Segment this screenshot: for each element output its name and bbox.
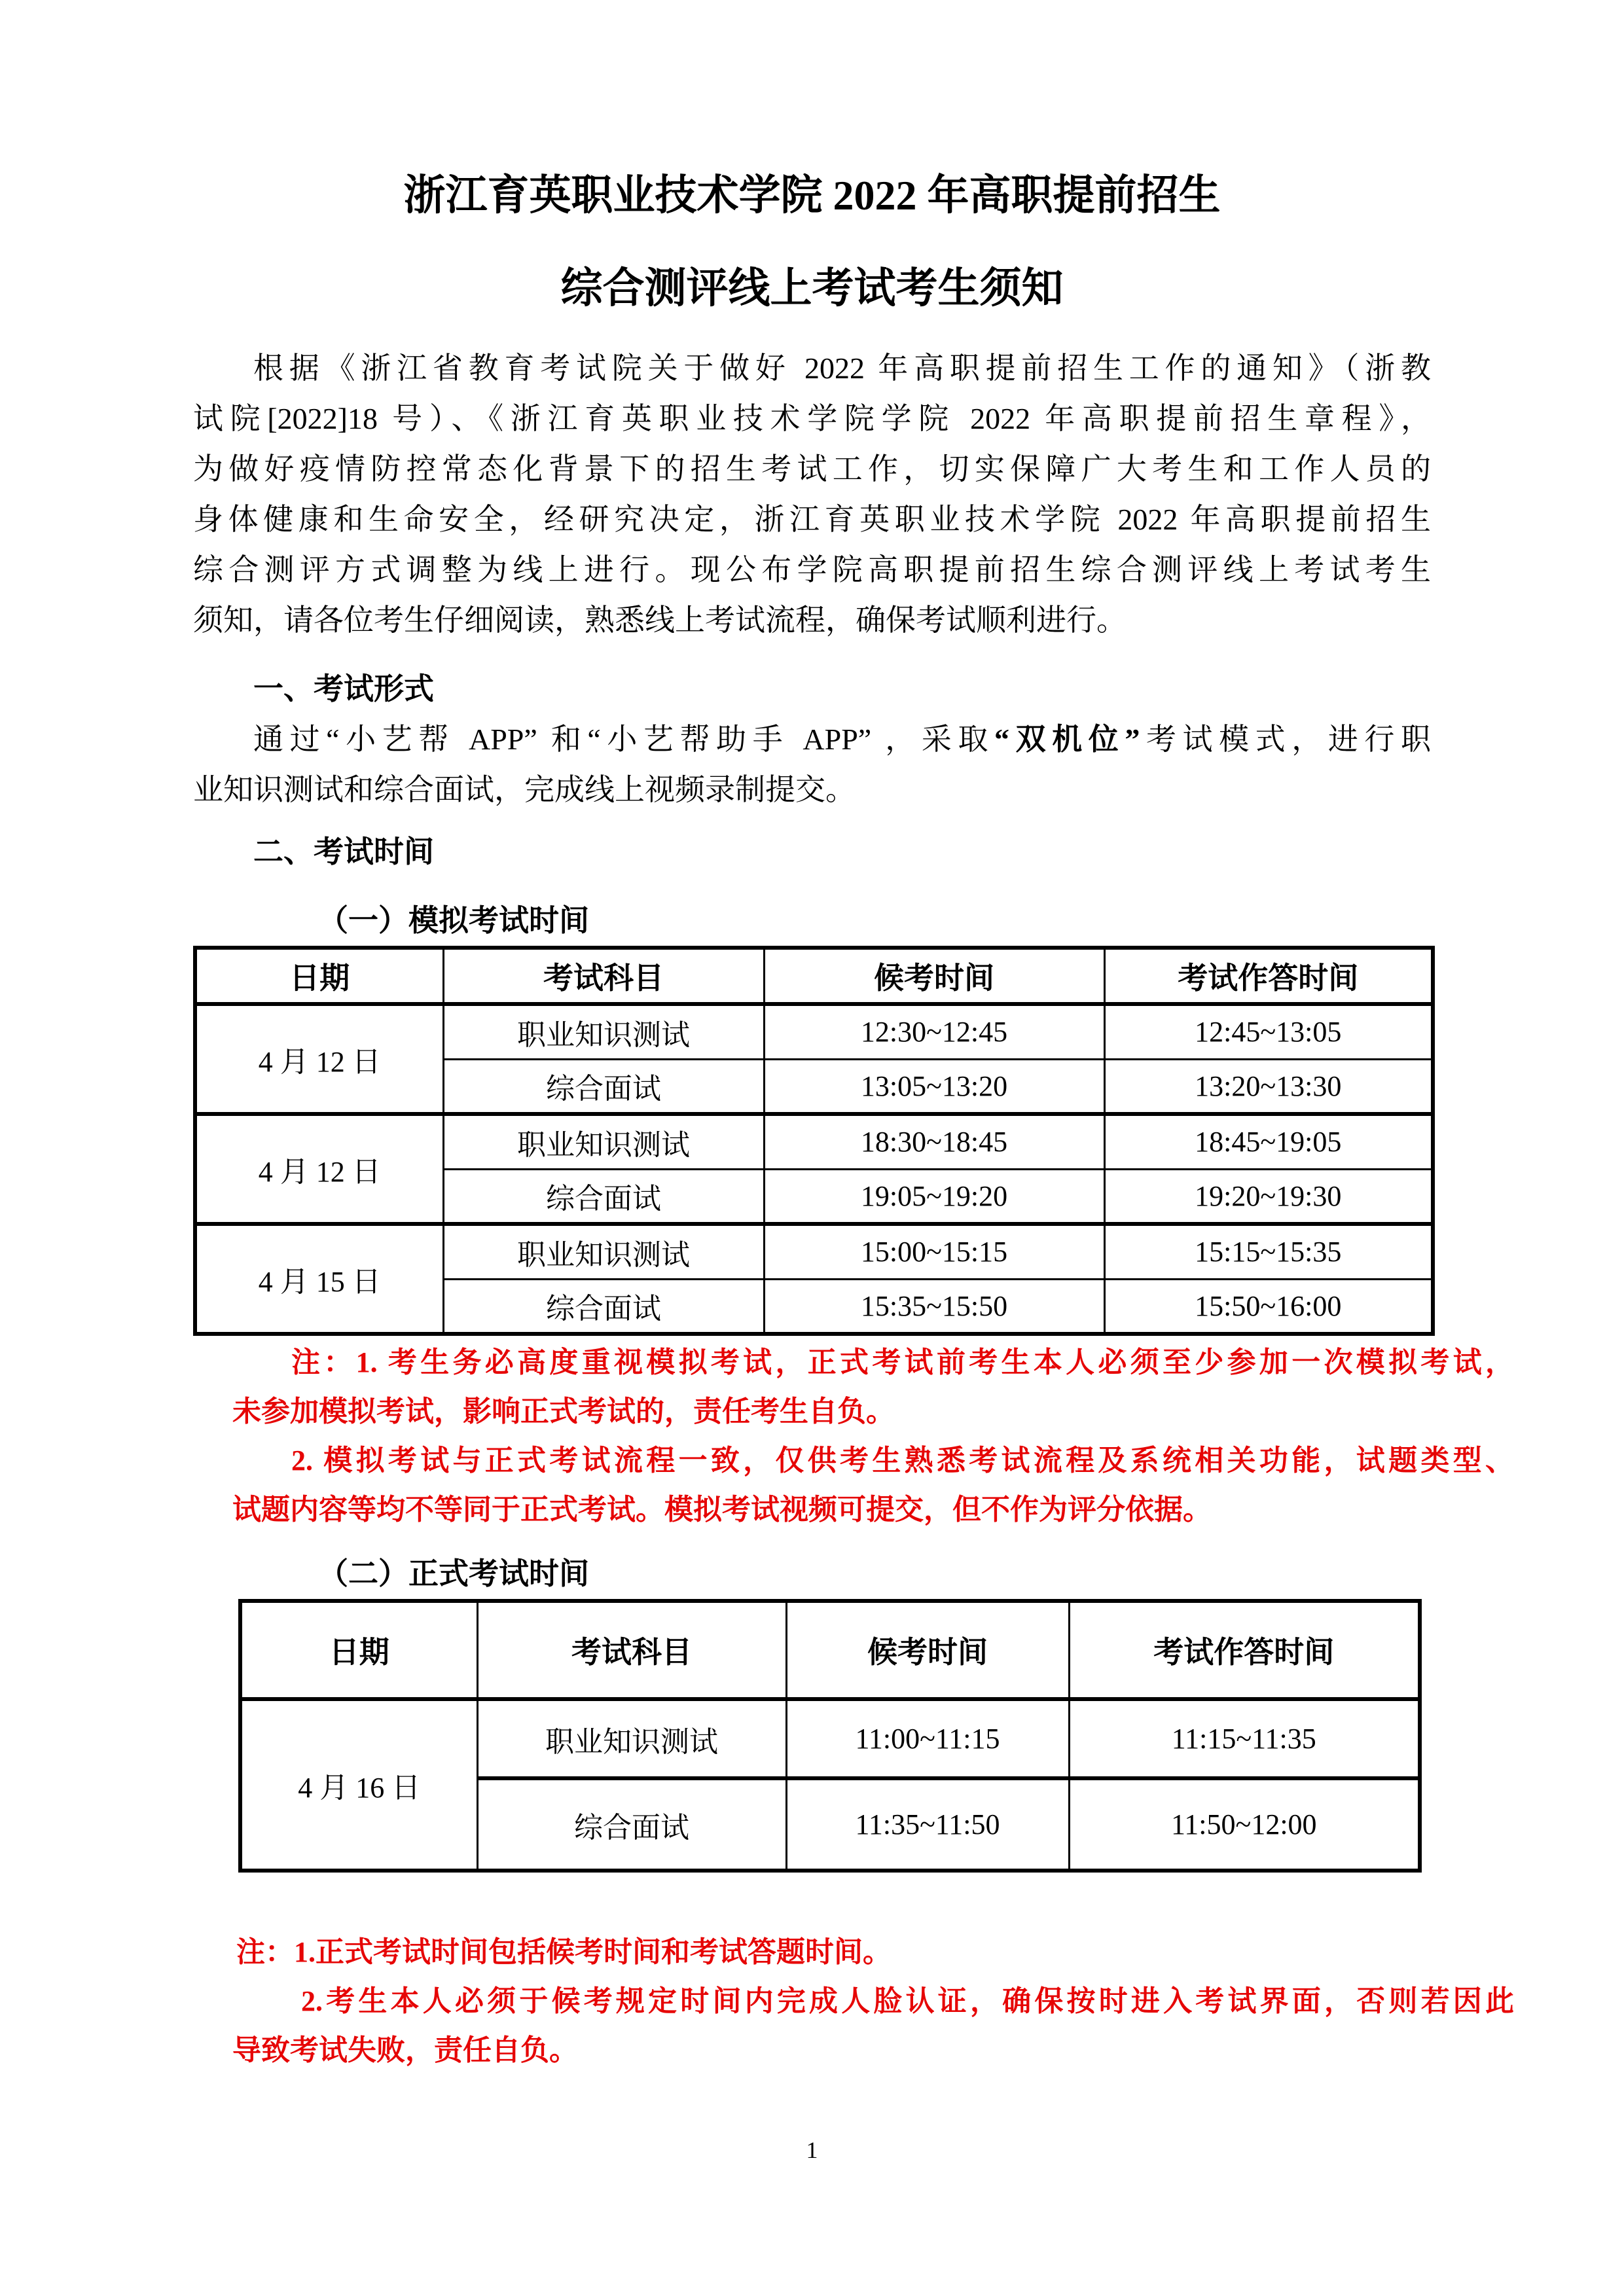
table-row: 4 月 15 日 职业知识测试 15:00~15:15 15:15~15:35 [195, 1224, 1433, 1279]
intro-line: 身体健康和生命安全，经研究决定，浙江育英职业技术学院 2022 年高职提前招生 [193, 494, 1431, 545]
mock-exam-schedule-table: 日期 考试科目 候考时间 考试作答时间 4 月 12 日 职业知识测试 12:3… [193, 946, 1435, 1336]
intro-line: 试院[2022]18 号）、《浙江育英职业技术学院学院 2022 年高职提前招生… [193, 393, 1431, 444]
note-line: 未参加模拟考试，影响正式考试的，责任考生自负。 [232, 1387, 1514, 1436]
subheading-formal-exam-time: （二）正式考试时间 [318, 1549, 1624, 1599]
cell-date: 4 月 12 日 [195, 1004, 443, 1114]
exam-format-line: 业知识测试和综合面试，完成线上视频录制提交。 [193, 764, 1431, 815]
cell-date: 4 月 16 日 [240, 1699, 477, 1871]
col-header-subject: 考试科目 [443, 948, 764, 1004]
note-line: 2.考生本人必须于候考规定时间内完成人脸认证，确保按时进入考试界面，否则若因此 [232, 1977, 1514, 2026]
intro-line: 综合测评方式调整为线上进行。现公布学院高职提前招生综合测评线上考试考生 [193, 545, 1431, 595]
table-row: 4 月 16 日 职业知识测试 11:00~11:15 11:15~11:35 [240, 1699, 1420, 1778]
formal-exam-notes: 注：1.正式考试时间包括候考时间和考试答题时间。 2.考生本人必须于候考规定时间… [232, 1928, 1514, 2075]
cell-subject: 职业知识测试 [477, 1699, 786, 1778]
col-header-answer-time: 考试作答时间 [1069, 1601, 1420, 1699]
cell-date: 4 月 15 日 [195, 1224, 443, 1334]
cell-waiting-time: 13:05~13:20 [764, 1059, 1104, 1114]
cell-answer-time: 19:20~19:30 [1104, 1169, 1433, 1224]
section-heading-exam-format: 一、考试形式 [193, 664, 1624, 714]
cell-answer-time: 15:50~16:00 [1104, 1279, 1433, 1334]
intro-paragraph: 根据《浙江省教育考试院关于做好 2022 年高职提前招生工作的通知》（浙教 试院… [193, 343, 1431, 645]
exam-format-text-bold: “双机位” [994, 723, 1140, 756]
cell-waiting-time: 11:00~11:15 [786, 1699, 1069, 1778]
intro-line: 为做好疫情防控常态化背景下的招生考试工作，切实保障广大考生和工作人员的 [193, 444, 1431, 494]
note-line: 注：1. 考生务必高度重视模拟考试，正式考试前考生本人必须至少参加一次模拟考试， [232, 1338, 1514, 1387]
col-header-answer-time: 考试作答时间 [1104, 948, 1433, 1004]
cell-waiting-time: 11:35~11:50 [786, 1778, 1069, 1871]
intro-line: 须知，请各位考生仔细阅读，熟悉线上考试流程，确保考试顺利进行。 [193, 595, 1431, 645]
exam-format-text-pre: 通过“小艺帮 APP” 和“小艺帮助手 APP” ，采取 [253, 723, 994, 756]
exam-format-text-post: 考试模式，进行职 [1140, 723, 1431, 756]
document-page: 浙江育英职业技术学院 2022 年高职提前招生 综合测评线上考试考生须知 根据《… [0, 0, 1624, 2296]
cell-subject: 综合面试 [443, 1059, 764, 1114]
mock-exam-notes: 注：1. 考生务必高度重视模拟考试，正式考试前考生本人必须至少参加一次模拟考试，… [232, 1338, 1514, 1534]
cell-answer-time: 11:15~11:35 [1069, 1699, 1420, 1778]
cell-answer-time: 13:20~13:30 [1104, 1059, 1433, 1114]
title-line-1: 浙江育英职业技术学院 2022 年高职提前招生 [0, 149, 1624, 242]
document-title: 浙江育英职业技术学院 2022 年高职提前招生 综合测评线上考试考生须知 [0, 149, 1624, 335]
cell-waiting-time: 19:05~19:20 [764, 1169, 1104, 1224]
intro-line: 根据《浙江省教育考试院关于做好 2022 年高职提前招生工作的通知》（浙教 [193, 343, 1431, 393]
cell-subject: 职业知识测试 [443, 1114, 764, 1169]
cell-subject: 综合面试 [443, 1279, 764, 1334]
cell-waiting-time: 15:00~15:15 [764, 1224, 1104, 1279]
exam-format-line: 通过“小艺帮 APP” 和“小艺帮助手 APP” ，采取“双机位”考试模式，进行… [193, 714, 1431, 764]
title-line-2: 综合测评线上考试考生须知 [0, 242, 1624, 335]
cell-answer-time: 15:15~15:35 [1104, 1224, 1433, 1279]
cell-answer-time: 12:45~13:05 [1104, 1004, 1433, 1059]
col-header-subject: 考试科目 [477, 1601, 786, 1699]
cell-subject: 综合面试 [443, 1169, 764, 1224]
note-line: 2. 模拟考试与正式考试流程一致，仅供考生熟悉考试流程及系统相关功能，试题类型、 [232, 1436, 1514, 1485]
cell-waiting-time: 12:30~12:45 [764, 1004, 1104, 1059]
subheading-mock-exam-time: （一）模拟考试时间 [318, 895, 1624, 946]
col-header-waiting-time: 候考时间 [764, 948, 1104, 1004]
table-header-row: 日期 考试科目 候考时间 考试作答时间 [195, 948, 1433, 1004]
table-row: 4 月 12 日 职业知识测试 12:30~12:45 12:45~13:05 [195, 1004, 1433, 1059]
table-row: 4 月 12 日 职业知识测试 18:30~18:45 18:45~19:05 [195, 1114, 1433, 1169]
page-number: 1 [0, 2138, 1624, 2162]
cell-waiting-time: 18:30~18:45 [764, 1114, 1104, 1169]
note-line: 试题内容等均不等同于正式考试。模拟考试视频可提交，但不作为评分依据。 [232, 1485, 1514, 1534]
col-header-date: 日期 [240, 1601, 477, 1699]
note-line: 导致考试失败，责任自负。 [232, 2026, 1514, 2075]
table-header-row: 日期 考试科目 候考时间 考试作答时间 [240, 1601, 1420, 1699]
col-header-date: 日期 [195, 948, 443, 1004]
cell-subject: 职业知识测试 [443, 1224, 764, 1279]
section-heading-exam-time: 二、考试时间 [193, 827, 1624, 877]
note-line: 注：1.正式考试时间包括候考时间和考试答题时间。 [232, 1928, 1514, 1977]
formal-exam-schedule-table: 日期 考试科目 候考时间 考试作答时间 4 月 16 日 职业知识测试 11:0… [238, 1599, 1422, 1873]
cell-date: 4 月 12 日 [195, 1114, 443, 1224]
exam-format-paragraph: 通过“小艺帮 APP” 和“小艺帮助手 APP” ，采取“双机位”考试模式，进行… [193, 714, 1431, 815]
cell-waiting-time: 15:35~15:50 [764, 1279, 1104, 1334]
cell-answer-time: 11:50~12:00 [1069, 1778, 1420, 1871]
cell-subject: 职业知识测试 [443, 1004, 764, 1059]
col-header-waiting-time: 候考时间 [786, 1601, 1069, 1699]
cell-subject: 综合面试 [477, 1778, 786, 1871]
cell-answer-time: 18:45~19:05 [1104, 1114, 1433, 1169]
